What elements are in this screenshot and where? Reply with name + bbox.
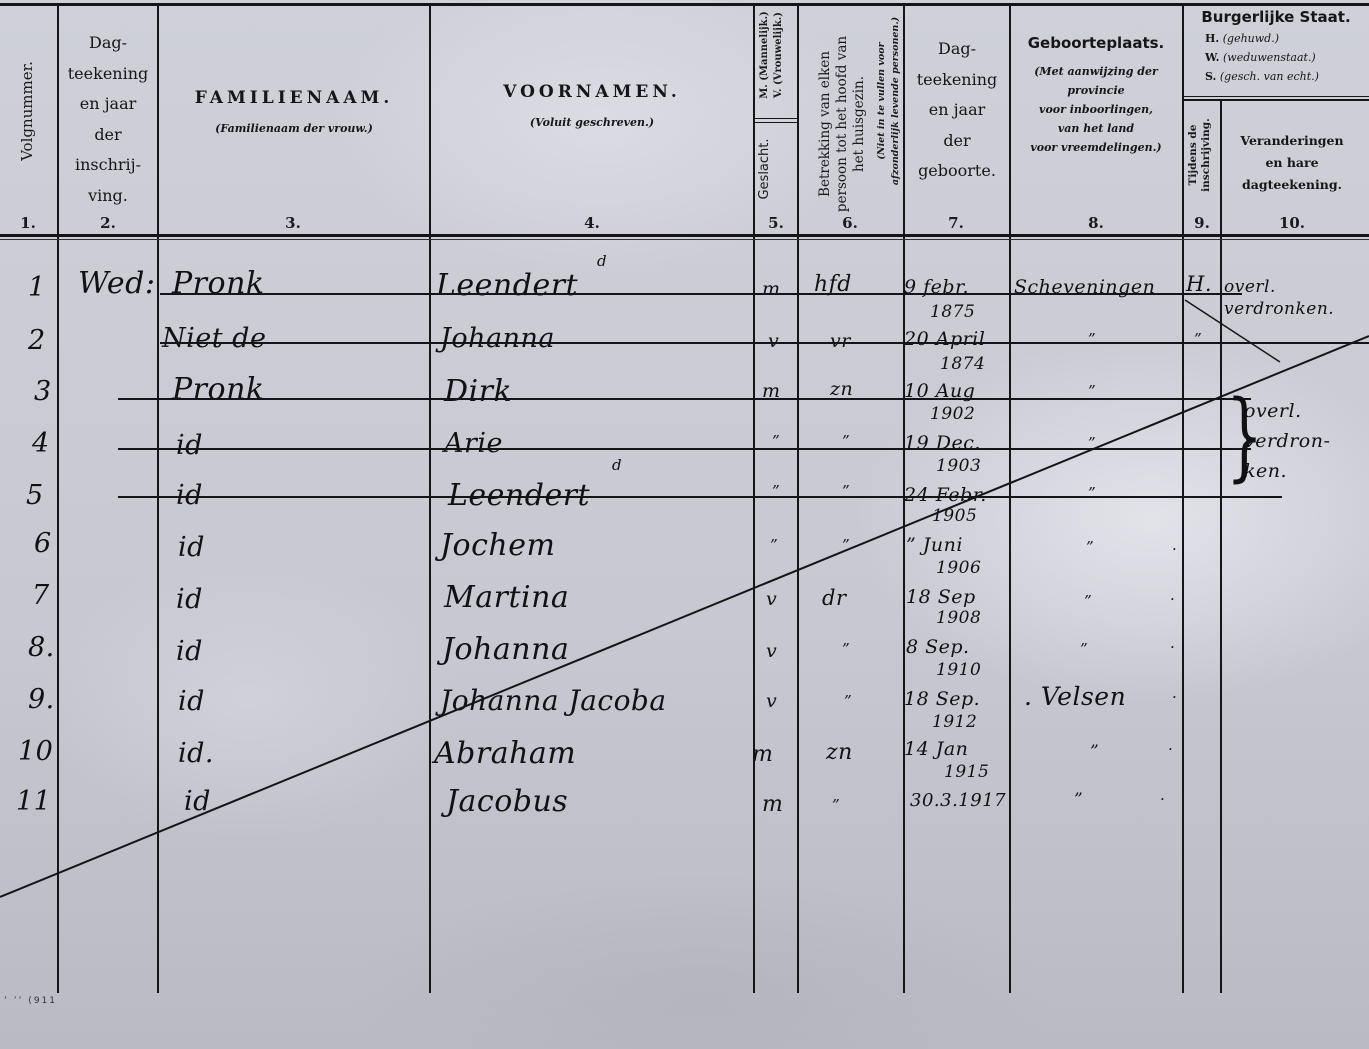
register-page: Volgnummer. 1. Dag- teekening en jaar de… (0, 0, 1369, 1049)
diagonal-cancel-line (0, 0, 1369, 1049)
footer-print-mark: ’ ’’ (911 (4, 996, 57, 1006)
